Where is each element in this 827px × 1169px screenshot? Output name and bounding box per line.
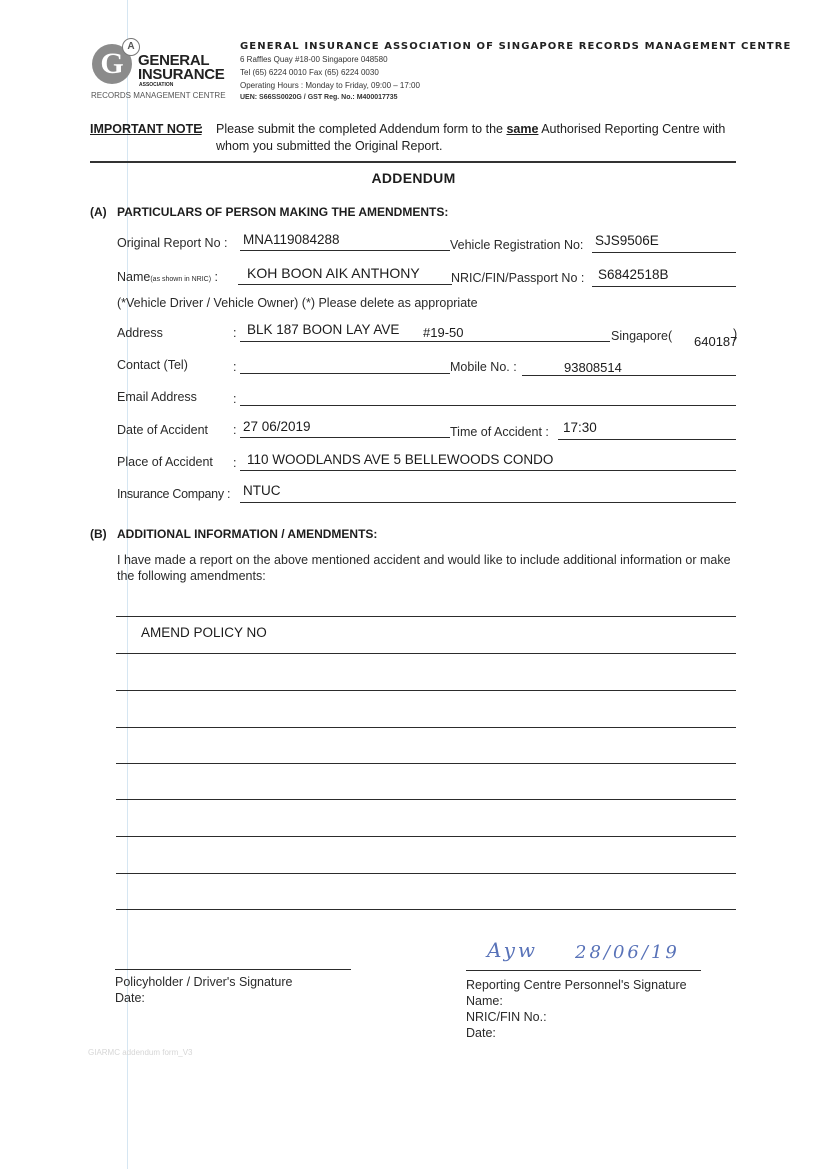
insurance-company-underline [240,502,736,503]
reporting-centre-name-label: Name: [466,993,503,1009]
place-of-accident-colon: : [233,456,236,470]
amendment-line[interactable] [116,727,736,728]
org-phone: Tel (65) 6224 0010 Fax (65) 6224 0030 [240,68,379,77]
address-underline [240,341,610,342]
vehicle-registration-label: Vehicle Registration No: [450,238,583,252]
original-report-no-value[interactable]: MNA119084288 [243,232,340,247]
nric-underline [592,286,736,287]
original-report-no-underline [240,250,450,251]
name-underline [238,284,452,285]
original-report-no-label: Original Report No : [117,236,227,250]
name-label-small: (as shown in NRIC) [150,276,211,283]
nric-value[interactable]: S6842518B [598,267,669,282]
logo-subtitle: RECORDS MANAGEMENT CENTRE [91,91,226,100]
email-label: Email Address [117,390,197,404]
handwritten-date: 28/06/19 [575,942,680,963]
insurance-company-value[interactable]: NTUC [243,483,281,498]
role-note: (*Vehicle Driver / Vehicle Owner) (*) Pl… [117,296,478,310]
mobile-no-value[interactable]: 93808514 [564,360,622,375]
address-label: Address [117,326,163,340]
note-text-before: Please submit the completed Addendum for… [216,122,506,136]
time-of-accident-label: Time of Accident : [450,425,549,439]
vehicle-registration-underline [592,252,736,253]
amendment-line[interactable] [116,690,736,691]
reporting-centre-signature-line[interactable] [466,970,701,971]
place-of-accident-underline [240,470,736,471]
mobile-no-label: Mobile No. : [450,360,517,374]
email-colon: : [233,392,236,406]
contact-tel-colon: : [233,360,236,374]
policyholder-signature-label: Policyholder / Driver's Signature [115,974,292,990]
amendment-line[interactable] [116,799,736,800]
nric-label: NRIC/FIN/Passport No : [451,271,584,285]
insurance-company-label: Insurance Company : [117,487,230,501]
important-note-label: IMPORTANT NOTE [90,122,202,136]
address-value[interactable]: BLK 187 BOON LAY AVE [247,322,399,337]
policyholder-date-label: Date: [115,990,145,1006]
singapore-label: Singapore( [611,329,672,343]
gia-logo: G A GENERAL INSURANCE ASSOCIATION RECORD… [92,38,222,100]
org-title: GENERAL INSURANCE ASSOCIATION OF SINGAPO… [240,41,791,52]
name-value[interactable]: KOH BOON AIK ANTHONY [247,265,420,281]
amendment-text[interactable]: AMEND POLICY NO [141,625,267,640]
date-of-accident-value[interactable]: 27 06/2019 [243,419,311,434]
important-note-text: Please submit the completed Addendum for… [216,121,746,155]
section-a-title: PARTICULARS OF PERSON MAKING THE AMENDME… [117,205,448,219]
date-of-accident-underline [240,437,450,438]
time-of-accident-value[interactable]: 17:30 [563,420,597,435]
org-address: 6 Raffles Quay #18-00 Singapore 048580 [240,55,388,64]
section-b-title: ADDITIONAL INFORMATION / AMENDMENTS: [117,527,377,541]
important-note-colon: : [199,122,203,136]
amendment-line[interactable] [116,763,736,764]
reporting-centre-date-label: Date: [466,1025,496,1041]
document-title: ADDENDUM [0,170,827,186]
policyholder-signature-line[interactable] [115,969,351,970]
place-of-accident-value[interactable]: 110 WOODLANDS AVE 5 BELLEWOODS CONDO [247,452,553,467]
reporting-centre-signature-label: Reporting Centre Personnel's Signature [466,977,687,993]
postal-code-value[interactable]: 640187 [694,334,737,349]
singapore-close-paren: ) [733,327,737,341]
org-hours: Operating Hours : Monday to Friday, 09:0… [240,81,420,90]
logo-word-association: ASSOCIATION [139,82,173,88]
amendment-line[interactable] [116,616,736,617]
amendment-line[interactable] [116,873,736,874]
section-b-heading: (B)ADDITIONAL INFORMATION / AMENDMENTS: [90,527,377,541]
mobile-no-underline [522,375,736,376]
date-of-accident-colon: : [233,423,236,437]
section-a-number: (A) [90,205,117,219]
amendment-line[interactable] [116,836,736,837]
note-emphasis: same [506,122,538,136]
date-of-accident-label: Date of Accident [117,423,208,437]
time-of-accident-underline [558,439,736,440]
section-b-number: (B) [90,527,117,541]
address-colon: : [233,326,236,340]
place-of-accident-label: Place of Accident [117,455,213,469]
logo-word-insurance: INSURANCE [138,66,224,83]
address-unit[interactable]: #19-50 [423,325,463,340]
header-divider [90,161,736,163]
name-label-suffix: : [211,270,218,284]
reporting-centre-nric-label: NRIC/FIN No.: [466,1009,547,1025]
form-version-footer: GIARMC addendum form_V3 [88,1048,193,1057]
section-a-heading: (A)PARTICULARS OF PERSON MAKING THE AMEN… [90,205,448,219]
amendment-line[interactable] [116,909,736,910]
vehicle-registration-value[interactable]: SJS9506E [595,233,659,248]
handwritten-initials: Ayw [487,938,538,962]
contact-tel-underline[interactable] [240,373,450,374]
contact-tel-label: Contact (Tel) [117,358,188,372]
name-label: Name(as shown in NRIC) : [117,270,218,284]
amendment-line[interactable] [116,653,736,654]
email-underline[interactable] [240,405,736,406]
name-label-text: Name [117,270,150,284]
org-uen: UEN: S66SS0020G / GST Reg. No.: M4000177… [240,94,398,101]
section-b-paragraph: I have made a report on the above mentio… [117,552,742,584]
